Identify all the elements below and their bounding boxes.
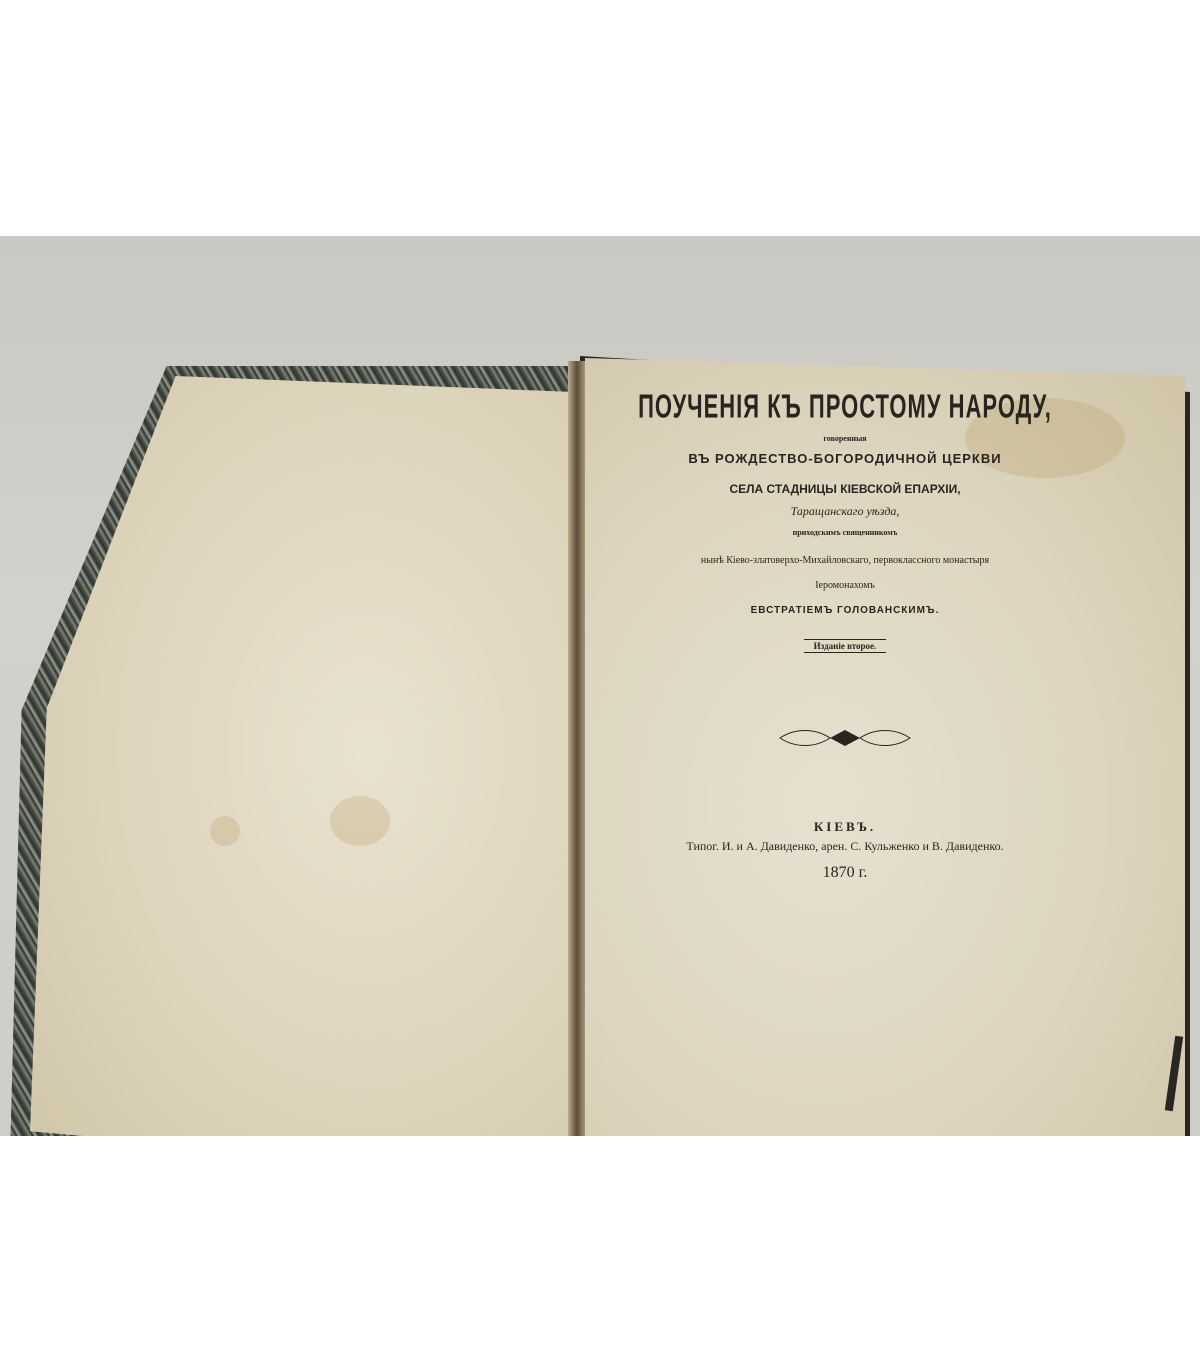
blank-endpaper xyxy=(30,376,590,1136)
book-title: ПОУЧЕНІЯ КЪ ПРОСТОМУ НАРОДУ, xyxy=(600,388,1090,427)
year: 1870 г. xyxy=(600,864,1090,882)
church-line: ВЪ РОЖДЕСТВО-БОГОРОДИЧНОЙ ЦЕРКВИ xyxy=(600,451,1090,466)
spoken-line: говоренныя xyxy=(600,434,1090,443)
city: КІЕВЪ. xyxy=(600,819,1090,835)
stain xyxy=(210,816,240,846)
rank-line: Іеромонахомъ xyxy=(600,580,1090,591)
edition-text: Изданіе второе. xyxy=(804,639,887,653)
book-photo: ПОУЧЕНІЯ КЪ ПРОСТОМУ НАРОДУ, говоренныя … xyxy=(0,236,1200,1136)
author-name: ЕВСТРАТІЕМЪ ГОЛОВАНСКИМЪ. xyxy=(600,605,1090,616)
monastery-line: нынѣ Кіево-златоверхо-Михайловскаго, пер… xyxy=(600,555,1090,566)
ornament-icon xyxy=(775,726,915,750)
stain xyxy=(330,796,390,846)
village-line: СЕЛА СТАДНИЦЫ КІЕВСКОЙ ЕПАРХІИ, xyxy=(600,482,1090,496)
edition-label: Изданіе второе. xyxy=(600,641,1090,651)
district-line: Таращанскаго уѣзда, xyxy=(600,504,1090,519)
priest-line: приходскимъ священникомъ xyxy=(600,528,1090,537)
printer: Типог. И. и А. Давиденко, арен. С. Кульж… xyxy=(600,839,1090,854)
